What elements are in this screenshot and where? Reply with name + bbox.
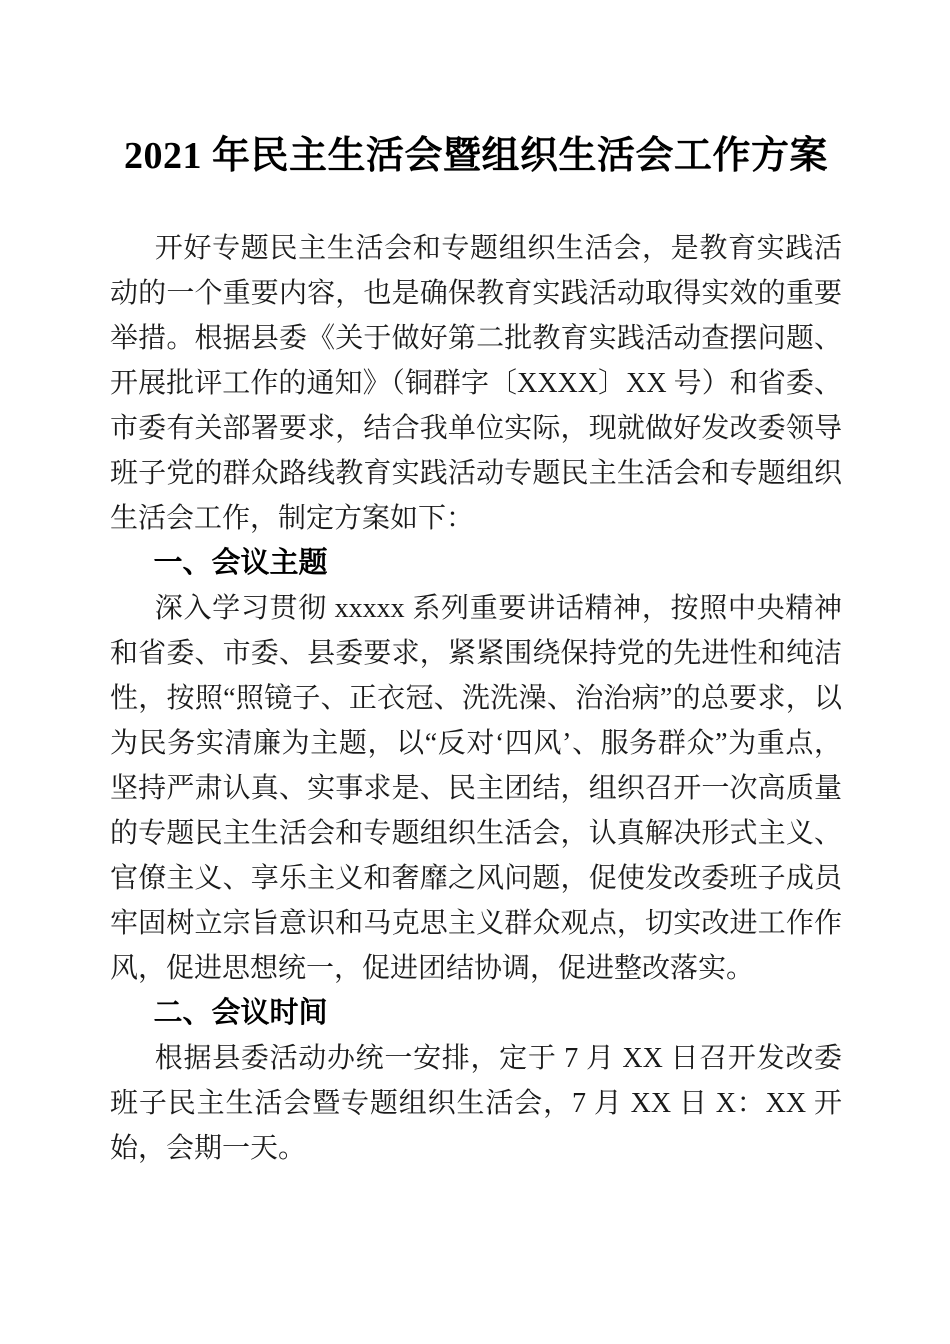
- intro-paragraph: 开好专题民主生活会和专题组织生活会，是教育实践活动的一个重要内容，也是确保教育实…: [110, 226, 842, 541]
- document-page: 2021 年民主生活会暨组织生活会工作方案 开好专题民主生活会和专题组织生活会，…: [0, 0, 950, 1344]
- document-title: 2021 年民主生活会暨组织生活会工作方案: [110, 132, 842, 180]
- section-2-body: 根据县委活动办统一安排，定于 7 月 XX 日召开发改委班子民主生活会暨专题组织…: [110, 1036, 842, 1171]
- section-1-body: 深入学习贯彻 xxxxx 系列重要讲话精神，按照中央精神和省委、市委、县委要求，…: [110, 586, 842, 991]
- section-1-heading: 一、会议主题: [110, 541, 842, 586]
- section-2-heading: 二、会议时间: [110, 991, 842, 1036]
